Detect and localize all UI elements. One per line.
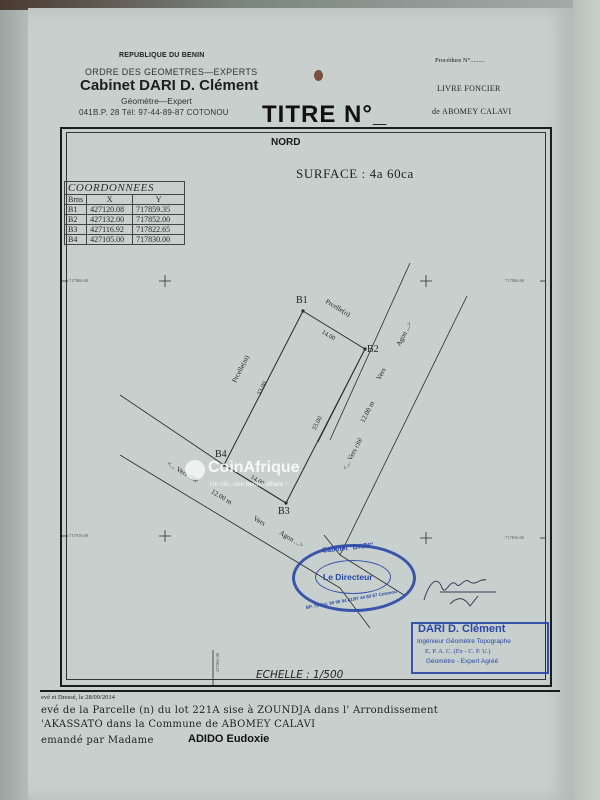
grid-label-bottom-left: 717816.00	[69, 533, 88, 538]
coinafrique-logo-icon	[185, 460, 205, 480]
point-b3-label: B3	[278, 506, 290, 517]
watermark-tagline: Un clic, une bonne affaire !	[210, 481, 287, 488]
footer-line1: evé de la Parcelle (n) du lot 221A sise …	[41, 705, 438, 716]
grid-label-bottom-right: 717816.00	[505, 535, 524, 540]
grid-label-top-right: 717866.00	[505, 278, 524, 283]
grid-label-top-left: 717866.00	[69, 278, 88, 283]
watermark-brand: CoinAfrique	[208, 459, 300, 477]
footer-owner: ADIDO Eudoxie	[188, 733, 269, 745]
footer-line2: 'AKASSATO dans la Commune de ABOMEY CALA…	[41, 719, 315, 730]
stamp-box-name: DARI D. Clément	[418, 623, 505, 635]
footer-date: evé et Dressé, le 28/09/2014	[41, 694, 115, 701]
footer-line3: emandé par Madame	[41, 735, 154, 746]
signature	[420, 570, 500, 610]
scale-label: ECHELLE : 1/500	[256, 669, 343, 681]
stamp-box-line3: Géomètre - Expert Agréé	[426, 658, 498, 665]
point-b2-label: B2	[367, 344, 379, 355]
stamp-box-line2: E. P. A. C. (Ex - C. P. U.)	[425, 648, 491, 655]
grid-label-bottom-x: 427066.00	[215, 653, 220, 672]
footer-rule	[40, 690, 560, 692]
stamp-box-line1: Ingénieur Géomètre Topographe	[417, 638, 511, 645]
oval-stamp-center-text: Le Directeur	[323, 572, 373, 582]
point-b1-label: B1	[296, 295, 308, 306]
